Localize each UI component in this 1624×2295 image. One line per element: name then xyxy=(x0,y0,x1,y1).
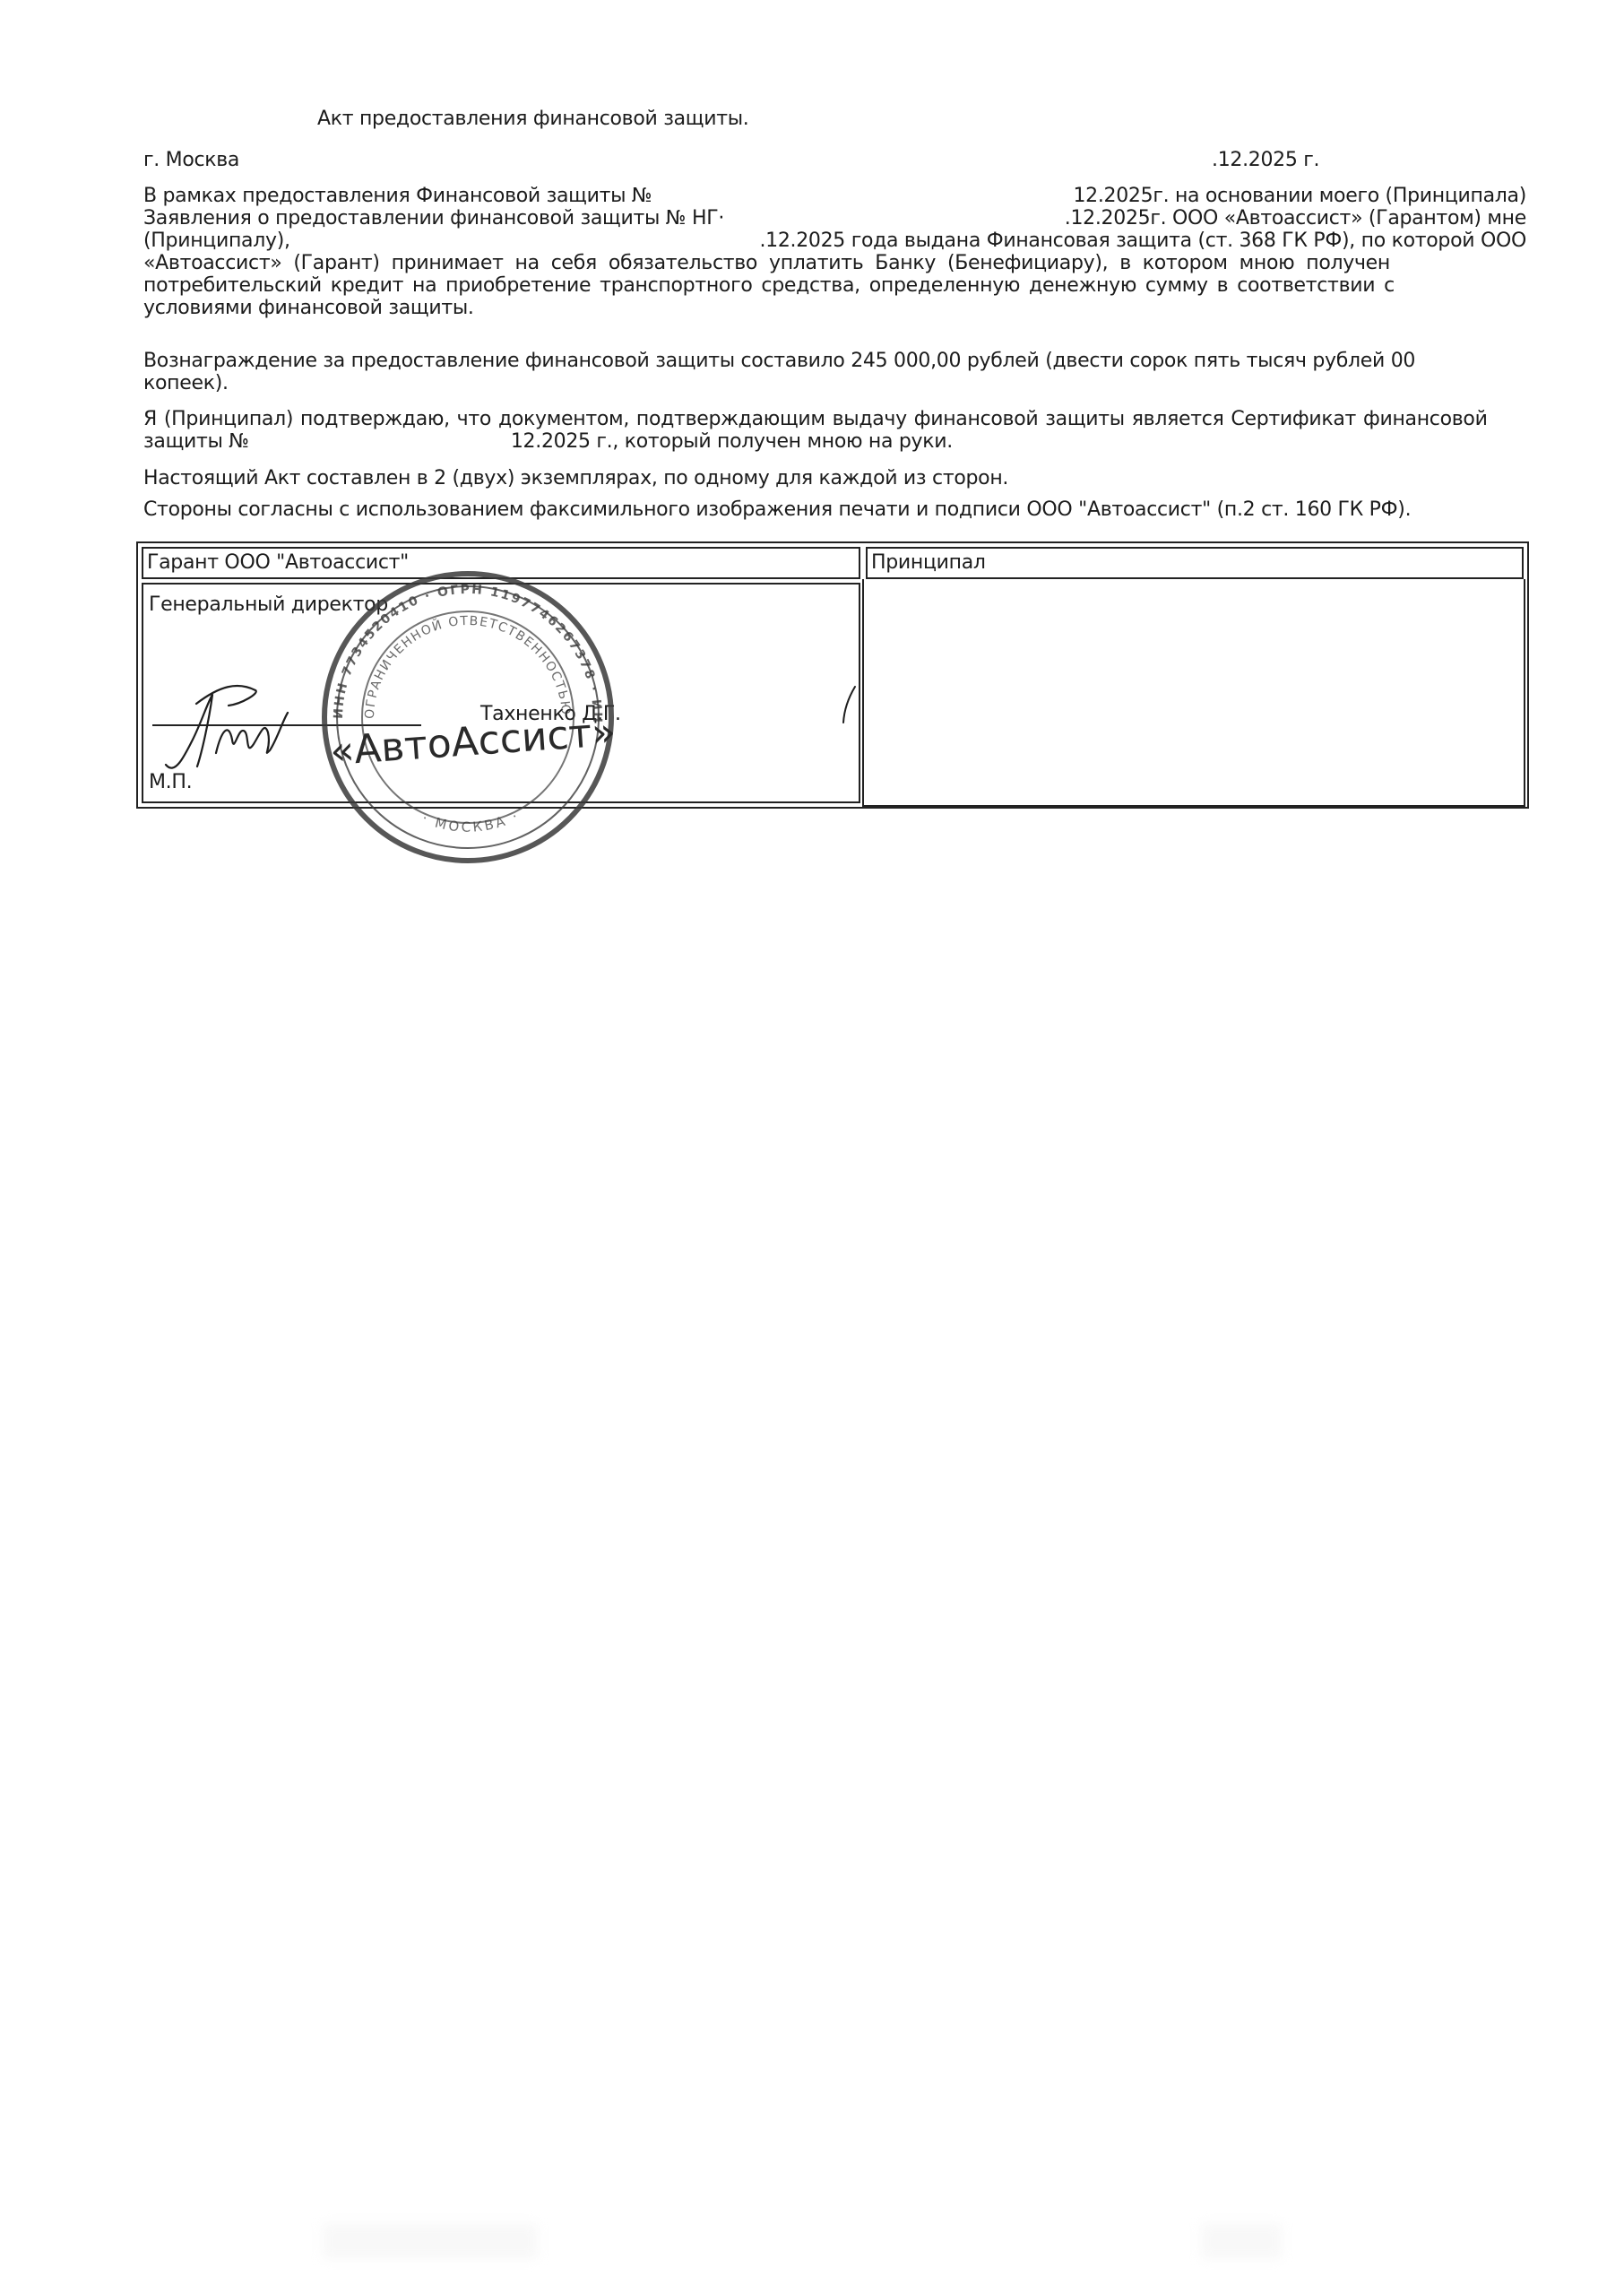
paragraph-line: Вознаграждение за предоставление финансо… xyxy=(143,350,1526,372)
paragraph-fee: Вознаграждение за предоставление финансо… xyxy=(143,350,1526,394)
paragraph-certificate: Я (Принципал) подтверждаю, что документо… xyxy=(143,408,1526,453)
guarantor-signature-cell: Генеральный директор Тахненко Д.Г. М.П. xyxy=(142,583,860,803)
paragraph-line: Настоящий Акт составлен в 2 (двух) экзем… xyxy=(143,467,1526,489)
paragraph-facsimile-consent: Стороны согласны с использованием факсим… xyxy=(143,498,1526,521)
paragraph-line: условиями финансовой защиты. xyxy=(143,297,1526,319)
line-text-right: 12.2025г. на основании моего (Принципала… xyxy=(1073,185,1526,207)
line-text-left: (Принципалу), xyxy=(143,229,290,252)
guarantor-header: Гарант ООО "Автоассист" xyxy=(147,551,409,574)
line-text-right: .12.2025г. ООО «Автоассист» (Гарантом) м… xyxy=(1065,207,1526,229)
paragraph-guarantee-issuance: В рамках предоставления Финансовой защит… xyxy=(143,185,1526,319)
paragraph-line: потребительский кредит на приобретение т… xyxy=(143,274,1526,297)
paragraph-line: Я (Принципал) подтверждаю, что документо… xyxy=(143,408,1526,430)
principal-header: Принципал xyxy=(871,551,986,574)
line-text-left: В рамках предоставления Финансовой защит… xyxy=(143,185,652,207)
paragraph-line: защиты №12.2025 г., который получен мною… xyxy=(143,430,1526,453)
paragraph-line: Стороны согласны с использованием факсим… xyxy=(143,498,1526,521)
document-page: Акт предоставления финансовой защиты. г.… xyxy=(0,0,1624,2295)
paragraph-copies: Настоящий Акт составлен в 2 (двух) экзем… xyxy=(143,467,1526,489)
scan-artifact xyxy=(1201,2223,1282,2259)
principal-header-cell: Принципал xyxy=(866,547,1524,579)
signer-name: Тахненко Д.Г. xyxy=(480,703,621,725)
signature-line xyxy=(152,724,421,726)
pen-mark-icon xyxy=(841,683,859,728)
line-text-right: .12.2025 года выдана Финансовая защита (… xyxy=(759,229,1526,252)
paragraph-line: Заявления о предоставлении финансовой за… xyxy=(143,207,1526,229)
paragraph-line: копеек). xyxy=(143,372,1526,394)
paragraph-line: В рамках предоставления Финансовой защит… xyxy=(143,185,1526,207)
paragraph-line: (Принципалу), .12.2025 года выдана Финан… xyxy=(143,229,1526,252)
line-text-left: защиты № xyxy=(143,430,249,453)
principal-signature-cell xyxy=(862,579,1525,807)
paragraph-line: «Автоассист» (Гарант) принимает на себя … xyxy=(143,252,1526,274)
seal-place-label: М.П. xyxy=(149,771,192,793)
line-text-left: Заявления о предоставлении финансовой за… xyxy=(143,207,724,229)
document-title: Акт предоставления финансовой защиты. xyxy=(317,108,748,130)
guarantor-header-cell: Гарант ООО "Автоассист" xyxy=(142,547,860,579)
svg-text:· МОСКВА ·: · МОСКВА · xyxy=(419,807,523,836)
line-text-right: 12.2025 г., который получен мною на руки… xyxy=(511,430,953,453)
signature-table: Гарант ООО "Автоассист" Принципал Генера… xyxy=(136,541,1529,809)
scan-artifact xyxy=(323,2223,538,2259)
director-position: Генеральный директор xyxy=(149,593,388,616)
document-city: г. Москва xyxy=(143,149,239,171)
document-date: .12.2025 г. xyxy=(1212,149,1319,171)
